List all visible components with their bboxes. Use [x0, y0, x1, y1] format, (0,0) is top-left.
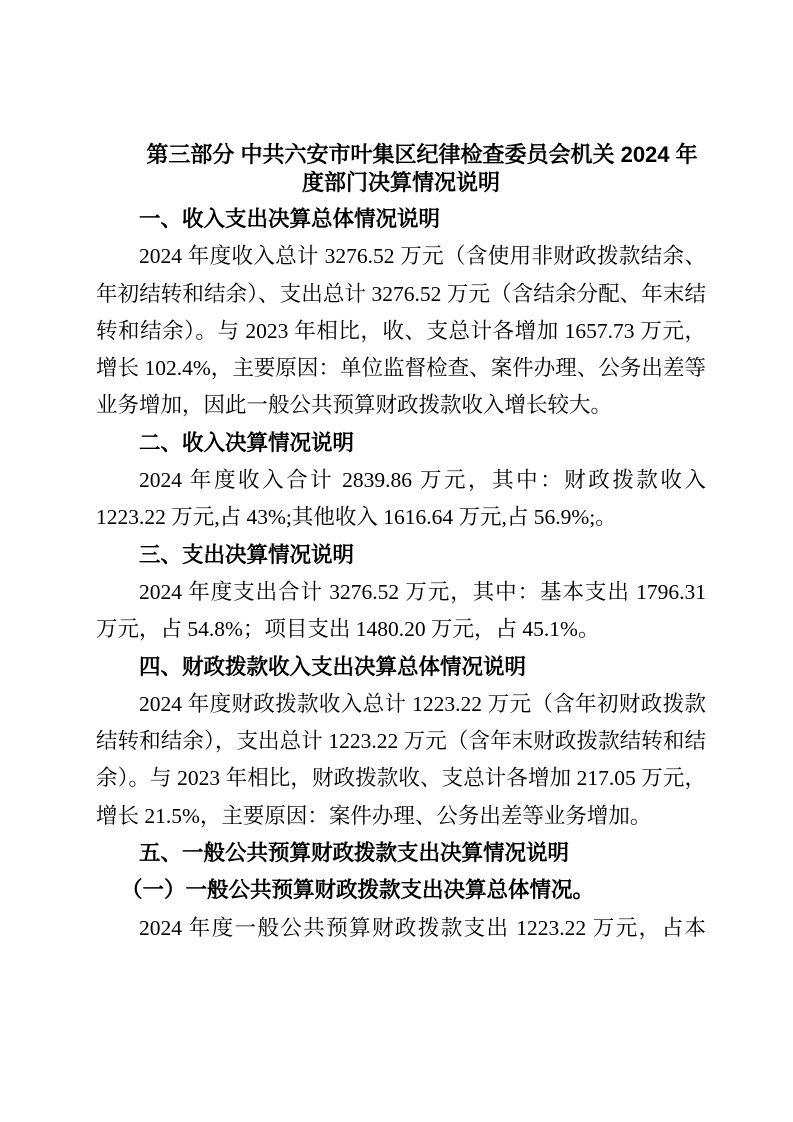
section-1-paragraph: 2024 年度收入总计 3276.52 万元（含使用非财政拨款结余、年初结转和结… [96, 238, 706, 424]
section-2-heading: 二、收入决算情况说明 [96, 425, 706, 462]
document-title-line-2: 度部门决算情况说明 [96, 169, 706, 197]
section-2-paragraph: 2024 年度收入合计 2839.86 万元，其中：财政拨款收入 1223.22… [96, 462, 706, 537]
section-1-heading: 一、收入支出决算总体情况说明 [96, 201, 706, 238]
section-3-paragraph: 2024 年度支出合计 3276.52 万元，其中：基本支出 1796.31 万… [96, 574, 706, 649]
section-5-paragraph: 2024 年度一般公共预算财政拨款支出 1223.22 万元，占本 [96, 910, 706, 947]
section-5-subheading: （一）一般公共预算财政拨款支出决算总体情况。 [96, 872, 706, 909]
section-4-heading: 四、财政拨款收入支出决算总体情况说明 [96, 649, 706, 686]
document-page: 第三部分 中共六安市叶集区纪律检查委员会机关 2024 年 度部门决算情况说明 … [0, 0, 793, 1122]
section-4-paragraph: 2024 年度财政拨款收入总计 1223.22 万元（含年初财政拨款结转和结余）… [96, 686, 706, 835]
section-5-heading: 五、一般公共预算财政拨款支出决算情况说明 [96, 835, 706, 872]
document-title: 第三部分 中共六安市叶集区纪律检查委员会机关 2024 年 度部门决算情况说明 [96, 141, 706, 197]
section-3-heading: 三、支出决算情况说明 [96, 537, 706, 574]
document-title-line-1: 第三部分 中共六安市叶集区纪律检查委员会机关 2024 年 [96, 141, 706, 169]
